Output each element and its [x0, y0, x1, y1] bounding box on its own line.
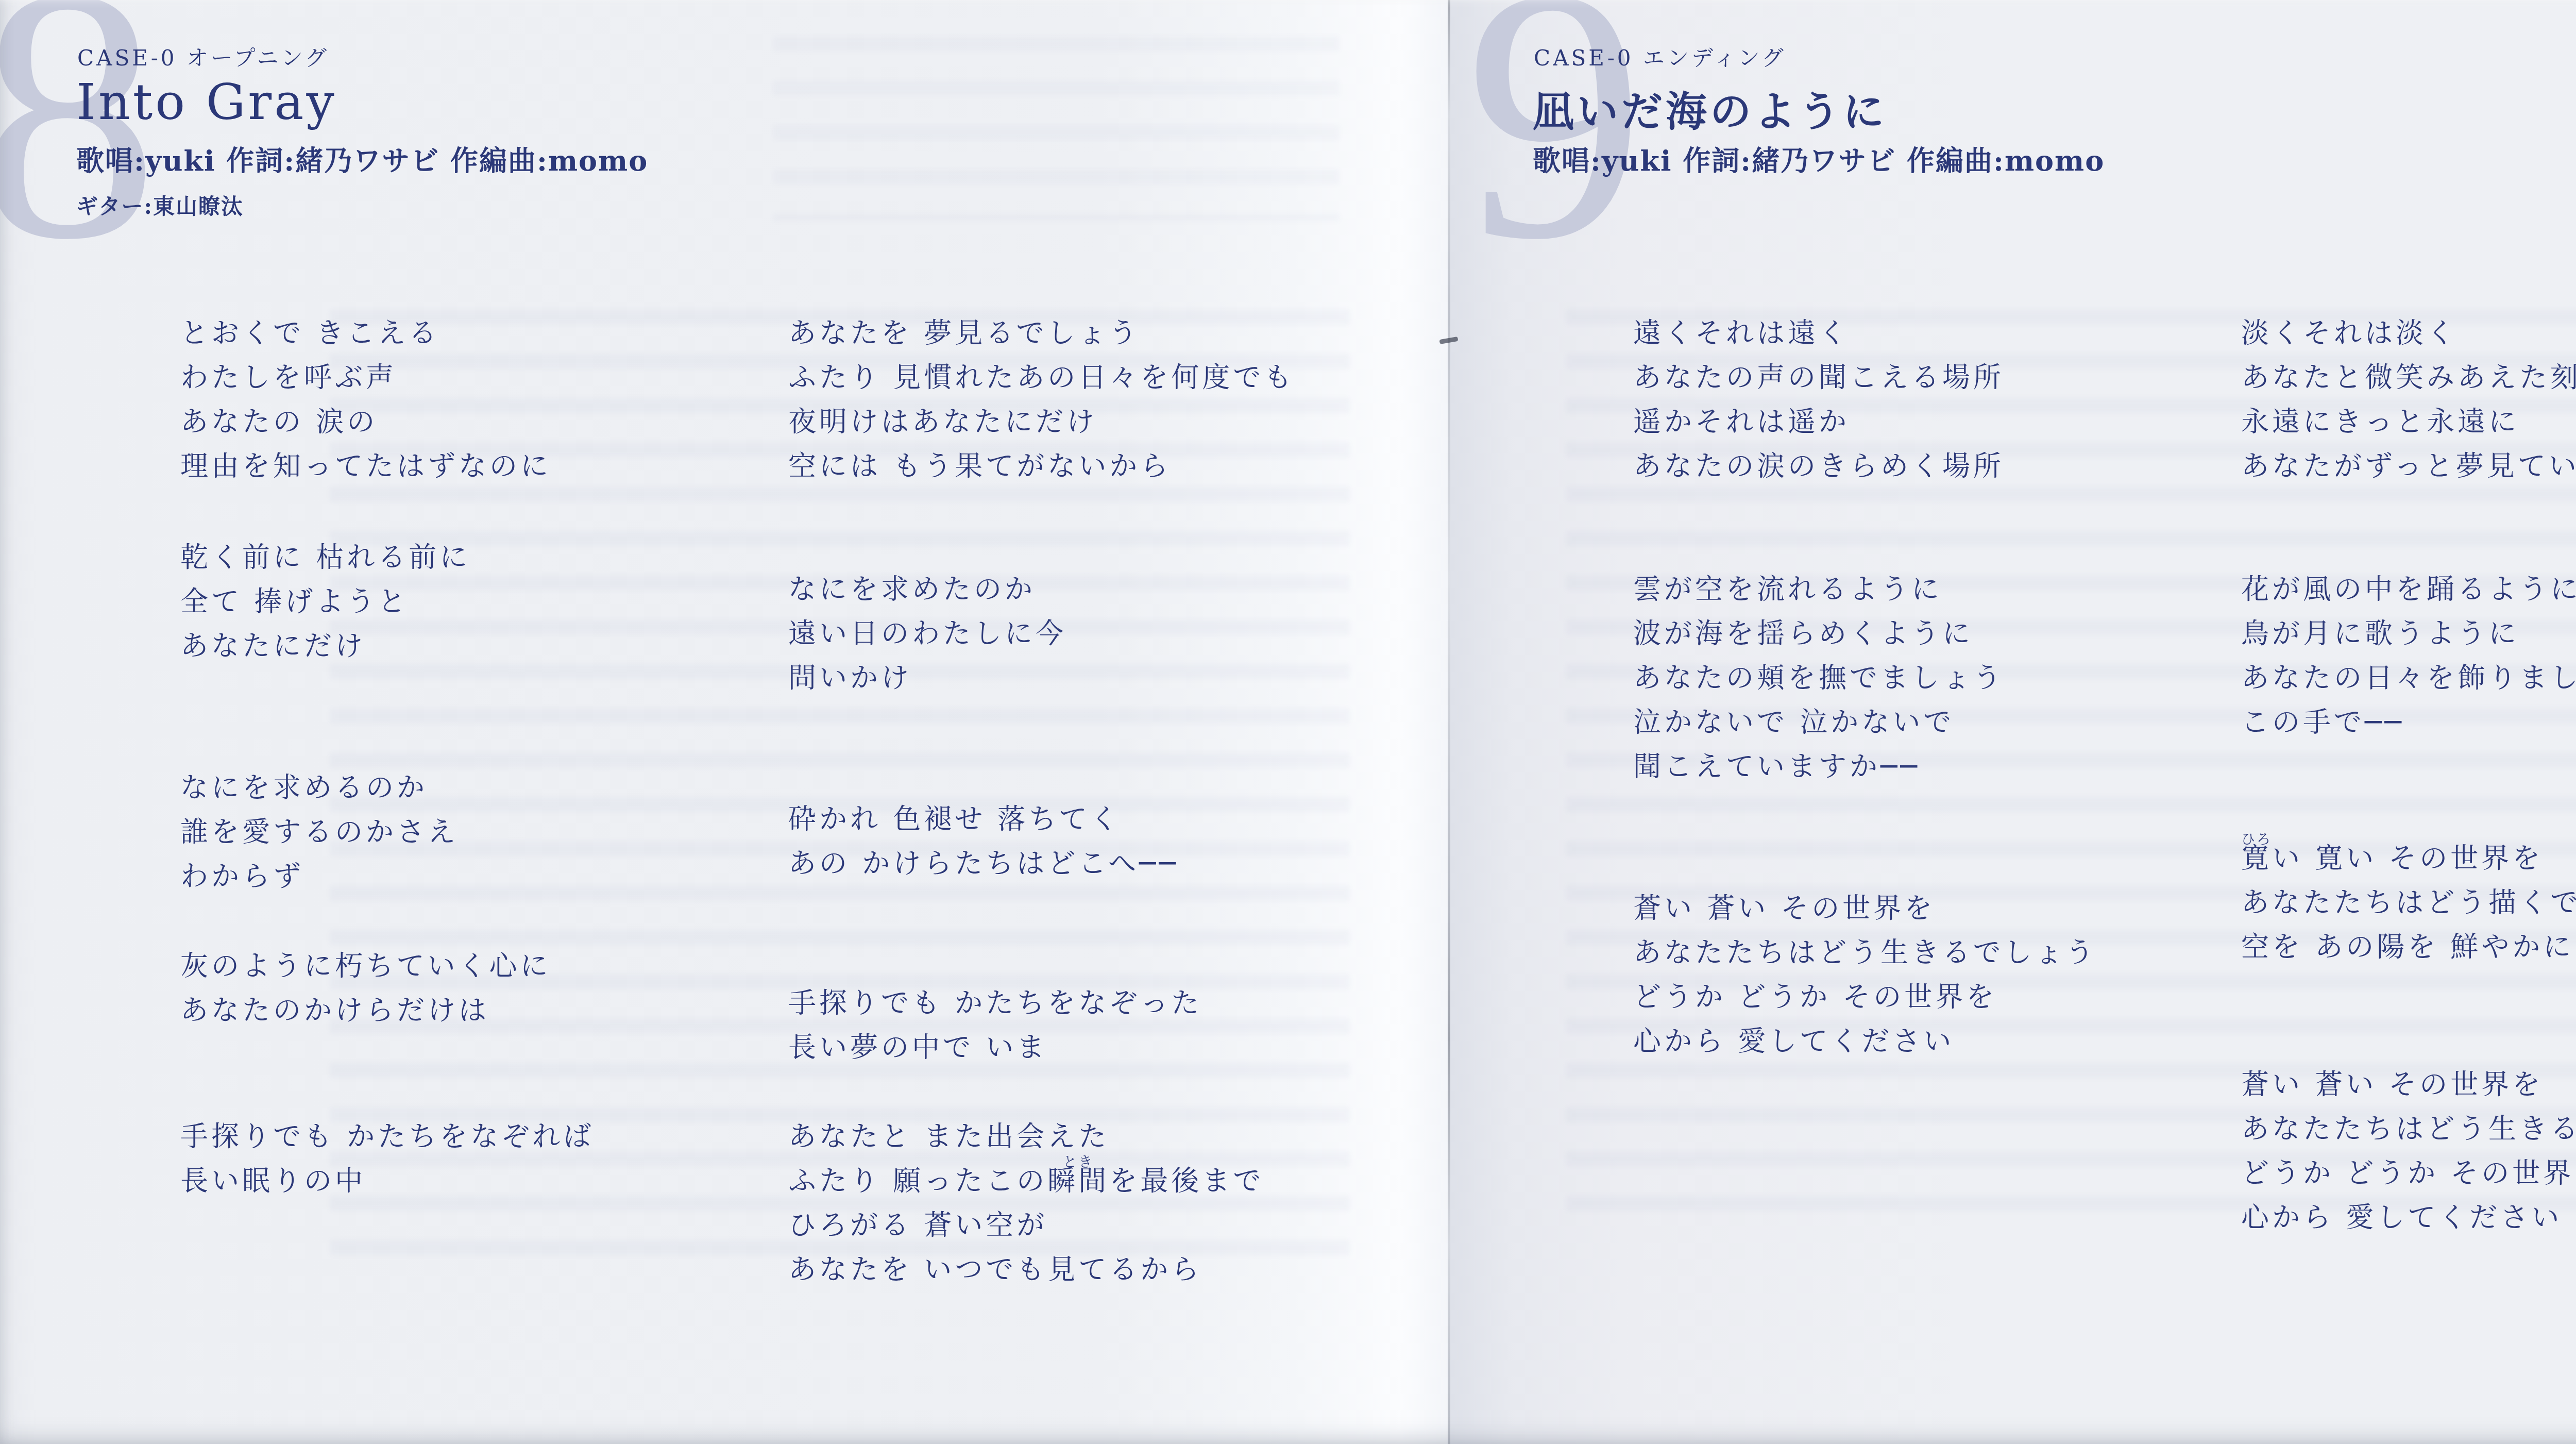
stanza: なにを求めたのか遠い日のわたしに今問いかけ: [788, 567, 1479, 700]
lyric-segment: い 寛い その世界を: [2272, 842, 2543, 875]
song-title-into-gray: Into Gray: [76, 73, 337, 131]
lyric-line: あなたの日々を飾りましょう: [2241, 656, 2576, 700]
stanza: 淡くそれは淡くあなたと微笑みあえた刻永遠にきっと永遠にあなたがずっと夢見ていた刻: [2241, 311, 2576, 489]
lyric-line: 鳥が月に歌うように: [2241, 612, 2576, 656]
stanza: 乾く前に 枯れる前に全て 捧げようとあなたにだけ: [180, 535, 871, 668]
lyric-line: 理由を知ってたはずなのに: [180, 444, 871, 489]
lyric-line: 波が海を揺らめくように: [1633, 612, 2324, 656]
lyric-line: あの かけらたちはどこへ──: [788, 842, 1479, 886]
gutter-fold-line: [1448, 0, 1450, 1444]
stanza: 手探りでも かたちをなぞれば長い眠りの中: [180, 1115, 871, 1203]
case-label-opening: CASE-0 オープニング: [77, 41, 329, 72]
lyric-line: 花が風の中を踊るように: [2241, 567, 2576, 612]
ruby-base: 寛ひろ: [2241, 842, 2272, 875]
stanza: とおくで きこえるわたしを呼ぶ声あなたの 涙の理由を知ってたはずなのに: [180, 311, 871, 489]
lyric-line: 淡くそれは淡く: [2241, 311, 2576, 356]
lyric-line: 蒼い 蒼い その世界を: [2241, 1063, 2576, 1107]
lyric-line: この手で──: [2241, 700, 2576, 745]
stanza: 砕かれ 色褪せ 落ちてくあの かけらたちはどこへ──: [788, 797, 1479, 886]
lyric-line: 永遠にきっと永遠に: [2241, 400, 2576, 444]
song-title-naida-umi: 凪いだ海のように: [1533, 78, 1887, 138]
lyric-line: ふたり 見慣れたあの日々を何度でも: [788, 356, 1479, 400]
lyric-line: 雲が空を流れるように: [1633, 567, 2324, 612]
lyric-line: あなたと また出会えた: [788, 1115, 1479, 1159]
case-label-ending: CASE-0 エンディング: [1534, 41, 1786, 72]
lyric-line: 遠い日のわたしに今: [788, 612, 1479, 656]
lyric-line: あなたを いつでも見てるから: [788, 1248, 1479, 1292]
lyrics-column-right-2: 淡くそれは淡くあなたと微笑みあえた刻永遠にきっと永遠にあなたがずっと夢見ていた刻…: [2241, 311, 2576, 1240]
lyric-segment: ふたり 願ったこの: [788, 1165, 1047, 1197]
lyric-line: あなたの頬を撫でましょう: [1633, 656, 2324, 700]
lyric-line: ひろがる 蒼い空が: [788, 1203, 1479, 1248]
lyric-line: なにを求めたのか: [788, 567, 1479, 612]
lyrics-column-left-1: とおくで きこえるわたしを呼ぶ声あなたの 涙の理由を知ってたはずなのに乾く前に …: [180, 311, 871, 1203]
stanza: なにを求めるのか誰を愛するのかさえわからず: [180, 766, 871, 899]
stanza: あなたを 夢見るでしょうふたり 見慣れたあの日々を何度でも夜明けはあなたにだけ空…: [788, 311, 1479, 489]
stanza: 花が風の中を踊るように鳥が月に歌うようにあなたの日々を飾りましょうこの手で──: [2241, 567, 2576, 745]
lyric-line: あなたたちはどう描くでしょう: [2241, 881, 2576, 925]
lyrics-column-left-2: あなたを 夢見るでしょうふたり 見慣れたあの日々を何度でも夜明けはあなたにだけ空…: [788, 311, 1479, 1292]
lyric-line: 空には もう果てがないから: [788, 444, 1479, 489]
lyric-line: あなたたちはどう生きるでしょう: [1633, 931, 2324, 975]
lyric-line: ふたり 願ったこの瞬間ときを最後まで: [788, 1159, 1479, 1203]
lyric-line: あなたにだけ: [180, 624, 871, 668]
lyric-line: 遠くそれは遠く: [1633, 311, 2324, 356]
lyric-line: あなたがずっと夢見ていた刻: [2241, 444, 2576, 489]
ruby-annotation: ひろ: [2241, 833, 2272, 847]
lyric-line: 長い夢の中で いま: [788, 1026, 1479, 1070]
lyric-line: あなたのかけらだけは: [180, 988, 871, 1033]
stanza: 灰のように朽ちていく心にあなたのかけらだけは: [180, 944, 871, 1033]
lyric-line: 泣かないで 泣かないで: [1633, 700, 2324, 745]
lyric-line: 蒼い 蒼い その世界を: [1633, 886, 2324, 931]
lyric-line: 問いかけ: [788, 656, 1479, 700]
lyric-line: 空を あの陽を 鮮やかに その手で──: [2241, 925, 2576, 969]
lyric-line: 全て 捧げようと: [180, 580, 871, 624]
lyric-line: どうか どうか その世界を: [1633, 975, 2324, 1019]
lyric-line: あなたたちはどう生きるでしょう: [2241, 1107, 2576, 1151]
lyric-line: 聞こえていますか──: [1633, 745, 2324, 789]
lyric-line: 誰を愛するのかさえ: [180, 810, 871, 854]
lyric-line: 手探りでも かたちをなぞった: [788, 981, 1479, 1026]
stanza: 蒼い 蒼い その世界をあなたたちはどう生きるでしょうどうか どうか その世界を心…: [1633, 886, 2324, 1064]
lyric-line: あなたを 夢見るでしょう: [788, 311, 1479, 356]
ruby-annotation: とき: [1047, 1155, 1109, 1169]
lyrics-column-right-1: 遠くそれは遠くあなたの声の聞こえる場所遥かそれは遥かあなたの涙のきらめく場所雲が…: [1633, 311, 2324, 1064]
ruby-base: 瞬間とき: [1047, 1165, 1109, 1197]
lyric-line: 砕かれ 色褪せ 落ちてく: [788, 797, 1479, 842]
stanza: 手探りでも かたちをなぞった長い夢の中で いま: [788, 981, 1479, 1070]
stanza: 遠くそれは遠くあなたの声の聞こえる場所遥かそれは遥かあなたの涙のきらめく場所: [1633, 311, 2324, 489]
lyric-line: 寛ひろい 寛い その世界を: [2241, 836, 2576, 881]
credits-guitar-line: ギター:東山瞭汰: [76, 190, 244, 221]
stanza: 蒼い 蒼い その世界をあなたたちはどう生きるでしょうどうか どうか その世界を心…: [2241, 1063, 2576, 1240]
credits-line: 歌唱:yuki 作詞:緒乃ワサビ 作編曲:momo: [76, 139, 648, 179]
lyric-line: あなたと微笑みあえた刻: [2241, 356, 2576, 400]
lyric-line: 灰のように朽ちていく心に: [180, 944, 871, 988]
lyric-line: 遥かそれは遥か: [1633, 400, 2324, 444]
page-right: 9 CASE-0 エンディング 凪いだ海のように 歌唱:yuki 作詞:緒乃ワサ…: [1450, 0, 2576, 1444]
lyric-line: 夜明けはあなたにだけ: [788, 400, 1479, 444]
lyric-line: あなたの涙のきらめく場所: [1633, 444, 2324, 489]
stanza: 雲が空を流れるように波が海を揺らめくようにあなたの頬を撫でましょう泣かないで 泣…: [1633, 567, 2324, 789]
lyric-line: どうか どうか その世界を: [2241, 1151, 2576, 1196]
lyric-line: なにを求めるのか: [180, 766, 871, 810]
lyric-line: とおくで きこえる: [180, 311, 871, 356]
lyric-line: わたしを呼ぶ声: [180, 356, 871, 400]
lyric-line: わからず: [180, 854, 871, 899]
credits-line: 歌唱:yuki 作詞:緒乃ワサビ 作編曲:momo: [1533, 139, 2105, 179]
stanza: 寛ひろい 寛い その世界をあなたたちはどう描くでしょう空を あの陽を 鮮やかに …: [2241, 836, 2576, 969]
page-left: 8 CASE-0 オープニング Into Gray 歌唱:yuki 作詞:緒乃ワ…: [0, 0, 1450, 1444]
lyric-line: あなたの 涙の: [180, 400, 871, 444]
lyric-segment: を最後まで: [1109, 1165, 1264, 1197]
lyric-line: あなたの声の聞こえる場所: [1633, 356, 2324, 400]
lyric-line: 心から 愛してください: [1633, 1019, 2324, 1064]
lyric-line: 乾く前に 枯れる前に: [180, 535, 871, 580]
lyric-line: 心から 愛してください: [2241, 1196, 2576, 1240]
lyric-line: 手探りでも かたちをなぞれば: [180, 1115, 871, 1159]
stanza: あなたと また出会えたふたり 願ったこの瞬間ときを最後までひろがる 蒼い空があな…: [788, 1115, 1479, 1292]
lyric-line: 長い眠りの中: [180, 1159, 871, 1203]
